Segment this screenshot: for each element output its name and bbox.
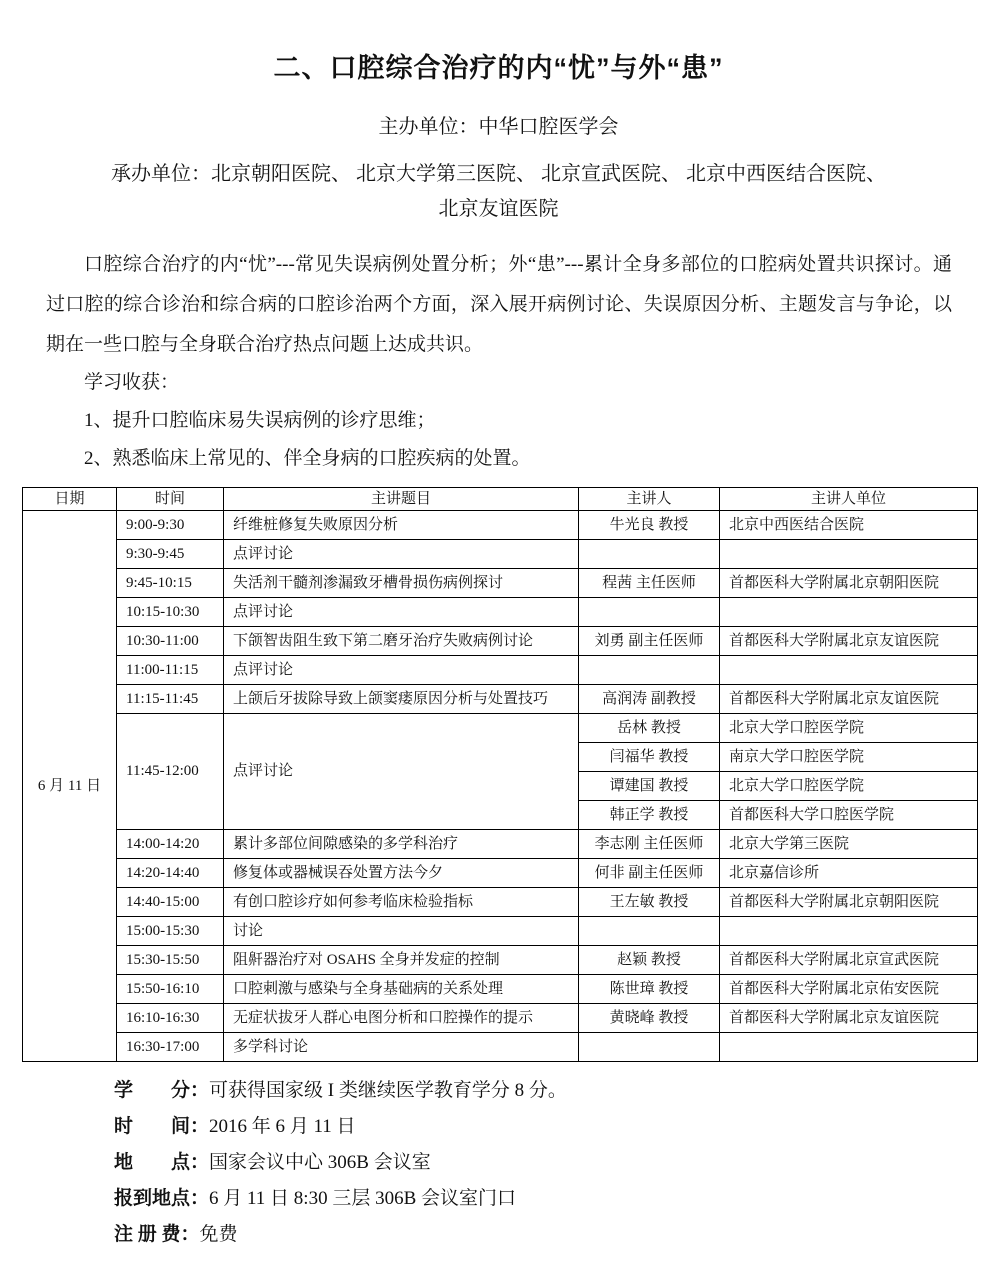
intro-paragraph: 口腔综合治疗的内“忧”---常见失误病例处置分析；外“患”---累计全身多部位的…	[46, 245, 952, 365]
speaker-cell: 谭建国 教授	[579, 772, 720, 801]
org-cell: 首都医科大学附属北京友谊医院	[720, 1004, 978, 1033]
schedule-table: 日期 时间 主讲题目 主讲人 主讲人单位 6 月 11 日 9:00-9:30 …	[22, 487, 978, 1062]
time-cell: 10:30-11:00	[117, 627, 224, 656]
org-cell: 首都医科大学附属北京友谊医院	[720, 685, 978, 714]
footer-info: 学 分：可获得国家级 I 类继续医学教育学分 8 分。 时 间：2016 年 6…	[114, 1076, 997, 1256]
org-cell: 首都医科大学口腔医学院	[720, 801, 978, 830]
schedule-row: 11:15-11:45 上颌后牙拔除导致上颌窦瘘原因分析与处置技巧 高润涛 副教…	[23, 685, 978, 714]
speaker-cell: 王左敏 教授	[579, 888, 720, 917]
header-speaker: 主讲人	[579, 488, 720, 511]
schedule-row: 14:20-14:40 修复体或器械误吞处置方法今夕 何非 副主任医师 北京嘉信…	[23, 859, 978, 888]
org-cell	[720, 540, 978, 569]
time-cell: 9:00-9:30	[117, 511, 224, 540]
topic-cell: 口腔刺激与感染与全身基础病的关系处理	[224, 975, 579, 1004]
gains-heading: 学习收获：	[84, 371, 997, 395]
time-cell: 15:50-16:10	[117, 975, 224, 1004]
time-cell: 11:45-12:00	[117, 714, 224, 830]
footer-value-fee: 免费	[200, 1224, 238, 1245]
time-cell: 11:00-11:15	[117, 656, 224, 685]
org-cell	[720, 1033, 978, 1062]
speaker-cell: 赵颖 教授	[579, 946, 720, 975]
org-cell: 北京大学口腔医学院	[720, 772, 978, 801]
speaker-cell	[579, 917, 720, 946]
org-cell	[720, 656, 978, 685]
footer-value-venue: 国家会议中心 306B 会议室	[209, 1152, 431, 1173]
footer-label-fee: 注 册 费：	[114, 1224, 200, 1245]
org-cell	[720, 917, 978, 946]
page-title: 二、口腔综合治疗的内“忧”与外“患”	[0, 52, 997, 85]
topic-cell: 有创口腔诊疗如何参考临床检验指标	[224, 888, 579, 917]
topic-cell: 纤维桩修复失败原因分析	[224, 511, 579, 540]
footer-label-venue: 地 点：	[114, 1152, 209, 1173]
schedule-row: 10:15-10:30 点评讨论	[23, 598, 978, 627]
speaker-cell: 程茜 主任医师	[579, 569, 720, 598]
org-cell	[720, 598, 978, 627]
topic-cell: 阻鼾器治疗对 OSAHS 全身并发症的控制	[224, 946, 579, 975]
time-cell: 11:15-11:45	[117, 685, 224, 714]
time-cell: 9:30-9:45	[117, 540, 224, 569]
speaker-cell: 刘勇 副主任医师	[579, 627, 720, 656]
speaker-cell	[579, 656, 720, 685]
speaker-cell: 闫福华 教授	[579, 743, 720, 772]
topic-cell: 上颌后牙拔除导致上颌窦瘘原因分析与处置技巧	[224, 685, 579, 714]
organizer-line-2: 北京友谊医院	[0, 192, 997, 227]
footer-item-fee: 注 册 费：免费	[114, 1220, 997, 1256]
footer-item-time: 时 间：2016 年 6 月 11 日	[114, 1112, 997, 1148]
topic-cell: 累计多部位间隙感染的多学科治疗	[224, 830, 579, 859]
topic-cell: 讨论	[224, 917, 579, 946]
time-cell: 14:00-14:20	[117, 830, 224, 859]
speaker-cell: 黄晓峰 教授	[579, 1004, 720, 1033]
speaker-cell: 岳林 教授	[579, 714, 720, 743]
footer-item-checkin: 报到地点：6 月 11 日 8:30 三层 306B 会议室门口	[114, 1184, 997, 1220]
topic-cell: 多学科讨论	[224, 1033, 579, 1062]
schedule-row: 15:00-15:30 讨论	[23, 917, 978, 946]
topic-cell: 修复体或器械误吞处置方法今夕	[224, 859, 579, 888]
org-cell: 北京中西医结合医院	[720, 511, 978, 540]
topic-cell: 点评讨论	[224, 540, 579, 569]
topic-cell: 下颌智齿阻生致下第二磨牙治疗失败病例讨论	[224, 627, 579, 656]
org-cell: 北京大学口腔医学院	[720, 714, 978, 743]
header-topic: 主讲题目	[224, 488, 579, 511]
time-cell: 14:40-15:00	[117, 888, 224, 917]
header-org: 主讲人单位	[720, 488, 978, 511]
footer-value-time: 2016 年 6 月 11 日	[209, 1116, 356, 1137]
org-cell: 首都医科大学附属北京朝阳医院	[720, 569, 978, 598]
org-cell: 首都医科大学附属北京朝阳医院	[720, 888, 978, 917]
schedule-row: 15:30-15:50 阻鼾器治疗对 OSAHS 全身并发症的控制 赵颖 教授 …	[23, 946, 978, 975]
organizer-line-1: 承办单位：北京朝阳医院、 北京大学第三医院、 北京宣武医院、 北京中西医结合医院…	[0, 157, 997, 192]
header-time: 时间	[117, 488, 224, 511]
footer-label-credit: 学 分：	[114, 1080, 209, 1101]
org-cell: 南京大学口腔医学院	[720, 743, 978, 772]
org-cell: 首都医科大学附属北京宣武医院	[720, 946, 978, 975]
speaker-cell: 高润涛 副教授	[579, 685, 720, 714]
schedule-row: 6 月 11 日 9:00-9:30 纤维桩修复失败原因分析 牛光良 教授 北京…	[23, 511, 978, 540]
speaker-cell: 何非 副主任医师	[579, 859, 720, 888]
speaker-cell: 李志刚 主任医师	[579, 830, 720, 859]
footer-label-time: 时 间：	[114, 1116, 209, 1137]
footer-label-checkin: 报到地点：	[114, 1188, 209, 1209]
time-cell: 16:10-16:30	[117, 1004, 224, 1033]
org-cell: 北京嘉信诊所	[720, 859, 978, 888]
schedule-row: 14:00-14:20 累计多部位间隙感染的多学科治疗 李志刚 主任医师 北京大…	[23, 830, 978, 859]
speaker-cell: 韩正学 教授	[579, 801, 720, 830]
speaker-cell: 牛光良 教授	[579, 511, 720, 540]
gain-item-2: 2、熟悉临床上常见的、伴全身病的口腔疾病的处置。	[84, 447, 997, 471]
footer-value-checkin: 6 月 11 日 8:30 三层 306B 会议室门口	[209, 1188, 516, 1209]
time-cell: 10:15-10:30	[117, 598, 224, 627]
schedule-row: 11:00-11:15 点评讨论	[23, 656, 978, 685]
schedule-row: 9:45-10:15 失活剂干髓剂渗漏致牙槽骨损伤病例探讨 程茜 主任医师 首都…	[23, 569, 978, 598]
host-line: 主办单位：中华口腔医学会	[0, 115, 997, 139]
footer-item-credit: 学 分：可获得国家级 I 类继续医学教育学分 8 分。	[114, 1076, 997, 1112]
time-cell: 15:30-15:50	[117, 946, 224, 975]
time-cell: 14:20-14:40	[117, 859, 224, 888]
schedule-row: 16:30-17:00 多学科讨论	[23, 1033, 978, 1062]
schedule-row: 9:30-9:45 点评讨论	[23, 540, 978, 569]
schedule-row: 14:40-15:00 有创口腔诊疗如何参考临床检验指标 王左敏 教授 首都医科…	[23, 888, 978, 917]
topic-cell: 点评讨论	[224, 598, 579, 627]
org-cell: 首都医科大学附属北京佑安医院	[720, 975, 978, 1004]
date-cell: 6 月 11 日	[23, 511, 117, 1062]
speaker-cell	[579, 540, 720, 569]
time-cell: 9:45-10:15	[117, 569, 224, 598]
org-cell: 首都医科大学附属北京友谊医院	[720, 627, 978, 656]
footer-value-credit: 可获得国家级 I 类继续医学教育学分 8 分。	[209, 1080, 567, 1101]
schedule-header-row: 日期 时间 主讲题目 主讲人 主讲人单位	[23, 488, 978, 511]
speaker-cell	[579, 1033, 720, 1062]
topic-cell: 点评讨论	[224, 656, 579, 685]
org-cell: 北京大学第三医院	[720, 830, 978, 859]
time-cell: 15:00-15:30	[117, 917, 224, 946]
header-date: 日期	[23, 488, 117, 511]
topic-cell: 失活剂干髓剂渗漏致牙槽骨损伤病例探讨	[224, 569, 579, 598]
schedule-row: 15:50-16:10 口腔刺激与感染与全身基础病的关系处理 陈世璋 教授 首都…	[23, 975, 978, 1004]
footer-item-venue: 地 点：国家会议中心 306B 会议室	[114, 1148, 997, 1184]
gain-item-1: 1、提升口腔临床易失误病例的诊疗思维；	[84, 409, 997, 433]
topic-cell: 点评讨论	[224, 714, 579, 830]
document-page: 二、口腔综合治疗的内“忧”与外“患” 主办单位：中华口腔医学会 承办单位：北京朝…	[0, 0, 997, 1261]
schedule-row: 10:30-11:00 下颌智齿阻生致下第二磨牙治疗失败病例讨论 刘勇 副主任医…	[23, 627, 978, 656]
time-cell: 16:30-17:00	[117, 1033, 224, 1062]
organizer-block: 承办单位：北京朝阳医院、 北京大学第三医院、 北京宣武医院、 北京中西医结合医院…	[0, 157, 997, 227]
topic-cell: 无症状拔牙人群心电图分析和口腔操作的提示	[224, 1004, 579, 1033]
schedule-row: 16:10-16:30 无症状拔牙人群心电图分析和口腔操作的提示 黄晓峰 教授 …	[23, 1004, 978, 1033]
speaker-cell: 陈世璋 教授	[579, 975, 720, 1004]
schedule-row: 11:45-12:00 点评讨论 岳林 教授 北京大学口腔医学院	[23, 714, 978, 743]
speaker-cell	[579, 598, 720, 627]
